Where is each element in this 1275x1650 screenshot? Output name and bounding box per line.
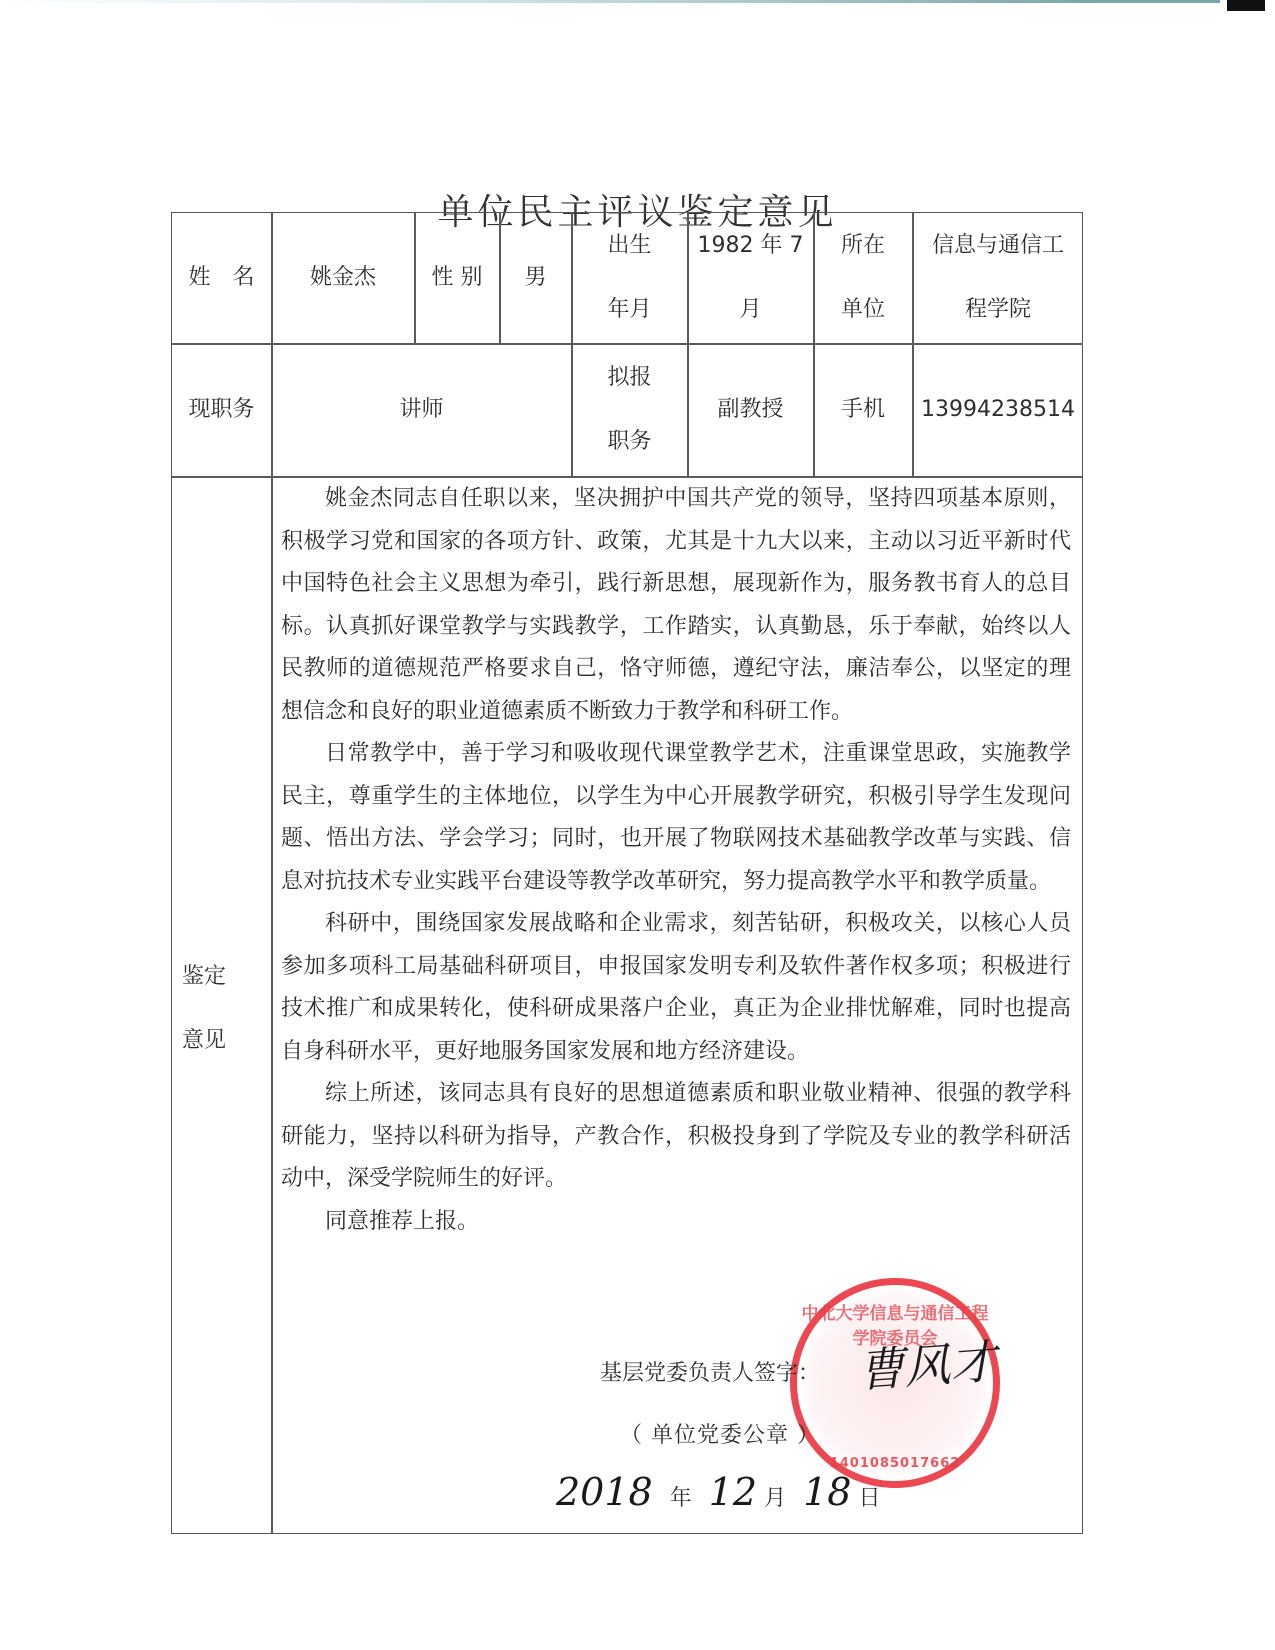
current-position-label: 现职务 (172, 344, 271, 476)
current-position-value-text: 讲师 (399, 378, 443, 442)
evaluation-paragraph-2: 日常教学中，善于学习和吸收现代课堂教学艺术，注重课堂思政，实施教学民主，尊重学生… (281, 733, 1071, 903)
unit-label-line2: 单位 (841, 278, 885, 342)
date-day-handwritten: 18 (803, 1470, 851, 1514)
unit-value-line2: 程学院 (965, 278, 1031, 342)
phone-value: 13994238514 (913, 344, 1083, 476)
evaluation-body: 姚金杰同志自任职以来，坚决拥护中国共产党的领导，坚持四项基本原则，积极学习党和国… (281, 478, 1071, 1243)
proposed-position-value: 副教授 (688, 344, 813, 476)
evaluation-label-line1: 鉴定 (182, 945, 262, 1009)
birth-value-line1: 1982 年 7 (698, 214, 804, 278)
evaluation-label-line2: 意见 (182, 1009, 262, 1073)
evaluation-paragraph-4: 综上所述，该同志具有良好的思想道德素质和职业敬业精神、很强的教学科研能力，坚持以… (281, 1073, 1071, 1201)
unit-value: 信息与通信工 程学院 (913, 212, 1083, 343)
current-position-value: 讲师 (272, 344, 571, 476)
evaluation-paragraph-5: 同意推荐上报。 (281, 1201, 1071, 1244)
gender-value-text: 男 (524, 246, 546, 310)
seal-label: （ 单位党委公章 ） (620, 1418, 820, 1449)
evaluation-paragraph-1: 姚金杰同志自任职以来，坚决拥护中国共产党的领导，坚持四项基本原则，积极学习党和国… (281, 478, 1071, 733)
birth-value-line2: 月 (739, 278, 761, 342)
name-label-text: 姓 名 (188, 246, 254, 310)
date-month-unit: 月 (764, 1486, 786, 1511)
date-year-handwritten: 2018 (556, 1470, 653, 1514)
seal-number: 1401085017662 (797, 1456, 993, 1471)
date-day-unit: 日 (858, 1486, 880, 1511)
gender-label: 性 别 (415, 212, 499, 343)
gender-value: 男 (500, 212, 571, 343)
signature-line: 基层党委负责人签字： (600, 1356, 820, 1387)
date-month-handwritten: 12 (709, 1470, 757, 1514)
birth-value: 1982 年 7 月 (688, 212, 813, 343)
handwritten-signature: 曹风才 (856, 1325, 998, 1400)
proposed-position-value-text: 副教授 (717, 378, 783, 442)
evaluation-label: 鉴定 意见 (182, 945, 262, 1073)
birth-label: 出生 年月 (572, 212, 687, 343)
name-value: 姚金杰 (272, 212, 414, 343)
phone-value-text: 13994238514 (921, 378, 1075, 442)
name-label: 姓 名 (172, 212, 271, 343)
date-year-unit: 年 (670, 1486, 692, 1511)
unit-label: 所在 单位 (814, 212, 912, 343)
proposed-position-label: 拟报 职务 (572, 344, 687, 476)
current-position-label-text: 现职务 (188, 378, 254, 442)
scan-corner-mark (1227, 0, 1265, 11)
birth-label-line2: 年月 (607, 278, 651, 342)
name-value-text: 姚金杰 (310, 246, 376, 310)
birth-label-line1: 出生 (607, 214, 651, 278)
gender-label-text: 性 别 (432, 246, 483, 310)
unit-value-line1: 信息与通信工 (932, 214, 1064, 278)
phone-label-text: 手机 (841, 378, 885, 442)
unit-label-line1: 所在 (841, 214, 885, 278)
phone-label: 手机 (814, 344, 912, 476)
date-line: 2018 年 12 月 18 日 (556, 1470, 880, 1514)
signature-label: 基层党委负责人签字： (600, 1361, 820, 1386)
proposed-position-label-line1: 拟报 (607, 346, 651, 410)
scan-edge-line (0, 0, 1220, 3)
evaluation-paragraph-3: 科研中，围绕国家发展战略和企业需求，刻苦钻研，积极攻关，以核心人员参加多项科工局… (281, 903, 1071, 1073)
proposed-position-label-line2: 职务 (607, 410, 651, 474)
